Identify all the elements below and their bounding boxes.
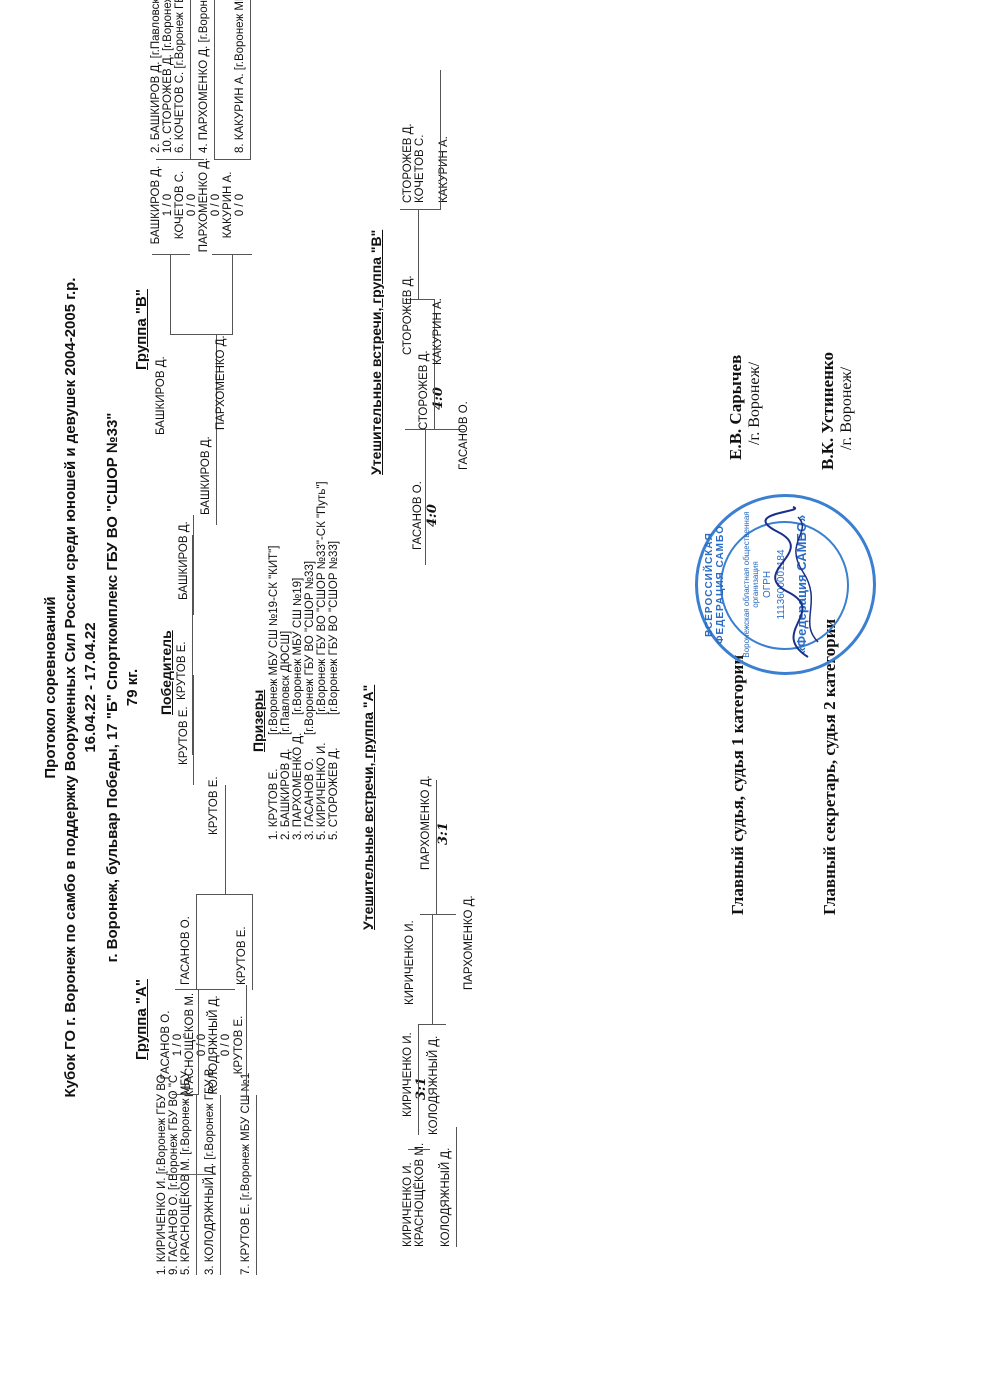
- cons-b-r1: СТОРОЖЕВ Д.: [402, 123, 414, 203]
- cons-b-r1: КОЧЕТОВ С.: [414, 135, 426, 203]
- winner-label: Победитель: [158, 630, 174, 715]
- prize-place: 3. ГАСАНОВ О.: [304, 758, 316, 840]
- cons-a-score: 3:1: [436, 822, 451, 845]
- round2-winner: КРУТОВ Е.: [236, 926, 248, 985]
- prize-club: [г.Воронеж МБУ СШ №19]: [292, 578, 304, 715]
- prize-club: [г.Воронеж МБУ СШ №19-СК "КИТ"]: [268, 546, 280, 735]
- match-loser: КАКУРИН А.: [222, 160, 234, 250]
- entrant: 10. СТОРОЖЕВ Д. [г.Воронеж ГБУ ВО: [162, 0, 174, 153]
- match-loser: КОЧЕТОВ С.: [174, 160, 186, 250]
- prize-club: [г.Воронеж ГБУ ВО "СШОР №33]: [304, 561, 316, 735]
- cons-a-winner: ПАРХОМЕНКО Д.: [420, 775, 432, 870]
- match-score: 1 / 0: [172, 1000, 184, 1090]
- prize-place: 5. СТОРОЖЕВ Д.: [328, 748, 340, 840]
- cons-b-winner: ГАСАНОВ О.: [412, 481, 424, 550]
- protocol-page: Протокол соревнований Кубок ГО г. Вороне…: [0, 0, 1000, 1375]
- cons-entrant-bye: КОЛОДЯЖНЫЙ Д.: [440, 1148, 452, 1247]
- prize-club: [г.Павловск ДЮСШ]: [280, 631, 292, 735]
- cons-entrant: КРАСНОЩЁКОВ М.: [414, 1143, 426, 1247]
- doc-dates: 16.04.22 - 17.04.22: [82, 0, 99, 1375]
- cons-b-r3: СТОРОЖЕВ Д.: [418, 350, 430, 430]
- match-winner: ПАРХОМЕНКО Д.: [198, 150, 210, 260]
- prizewinners-label: Призеры: [250, 690, 266, 752]
- chief-judge-city: /г. Воронеж/: [746, 362, 764, 445]
- entrant: 6. КОЧЕТОВ С. [г.Воронеж ГБУ ВО "С: [174, 0, 186, 153]
- prize-place: 1. КРУТОВ Е.: [268, 769, 280, 840]
- round2-winner: ПАРХОМЕНКО Д.: [215, 335, 227, 430]
- doc-venue: г. Воронеж, бульвар Победы, 17 "Б" Спорт…: [104, 0, 121, 1375]
- entrant: 8. КАКУРИН А. [г.Воронеж МБУ СШ №: [234, 0, 246, 153]
- final-left: КРУТОВ Е.: [178, 706, 190, 765]
- consolation-b-label: Утешительные встречи, группа "В": [368, 230, 384, 475]
- cons-b-winner-score: 4:0: [425, 504, 440, 527]
- entrant: 4. ПАРХОМЕНКО Д. [г.Воронеж МБУ С: [198, 0, 210, 153]
- final-right: БАШКИРОВ Д.: [178, 521, 190, 600]
- cons-r2: КИРИЧЕНКО И.: [402, 1032, 414, 1117]
- group-a-final: КРУТОВ Е.: [208, 776, 220, 835]
- cons-r3: ПАРХОМЕНКО Д.: [463, 895, 475, 990]
- entrant: 2. БАШКИРОВ Д. [г.Павловск ДЮСШ]: [150, 0, 162, 153]
- winner-name: КРУТОВ Е.: [176, 641, 188, 700]
- cons-b-r2: СТОРОЖЕВ Д.: [402, 275, 414, 355]
- entrant: 7. КРУТОВ Е. [г.Воронеж МБУ СШ №1: [240, 1073, 252, 1275]
- prize-place: 5. КИРИЧЕНКО И.: [316, 743, 328, 841]
- match-loser: КРАСНОЩЁКОВ М.: [184, 990, 196, 1100]
- round2-winner: БАШКИРОВ Д.: [155, 356, 167, 435]
- doc-title: Протокол соревнований: [42, 0, 59, 1375]
- consolation-a-label: Утешительные встречи, группа "А": [360, 685, 376, 930]
- match-score: 1 / 0: [162, 160, 174, 250]
- cons-r2: КОЛОДЯЖНЫЙ Д.: [428, 1036, 440, 1135]
- match-score: 0 / 0: [210, 160, 222, 250]
- signature-scribble-icon: [748, 502, 838, 662]
- match-score: 0 / 0: [186, 160, 198, 250]
- doc-weight: 79 кг.: [124, 0, 141, 1375]
- prize-club: [г.Воронеж ГБУ ВО "СШОР №33"-СК "Путь"]: [316, 481, 328, 715]
- cons-r2-score: 3:1: [414, 1077, 429, 1100]
- match-loser: КРУТОВ Е.: [233, 1000, 245, 1090]
- match-winner: КОЛОДЯЖНЫЙ Д.: [208, 990, 220, 1100]
- official-stamp: ВСЕРОССИЙСКАЯ ФЕДЕРАЦИЯ САМБО Воронежска…: [695, 494, 876, 675]
- prize-club: [г.Воронеж ГБУ ВО "СШОР №33]: [328, 541, 340, 715]
- match-winner: ГАСАНОВ О.: [160, 1000, 172, 1090]
- round2-b-final: БАШКИРОВ Д.: [200, 436, 212, 515]
- match-score: 0 / 0: [220, 1000, 232, 1090]
- chief-secretary-name: В.К. Устиненко: [818, 352, 838, 470]
- prize-place: 2. БАШКИРОВ Д.: [280, 749, 292, 840]
- stamp-outer-text: ВСЕРОССИЙСКАЯ ФЕДЕРАЦИЯ САМБО: [704, 497, 726, 672]
- cons-entrant: КИРИЧЕНКО И.: [402, 1162, 414, 1247]
- cons-r3: КИРИЧЕНКО И.: [404, 920, 416, 1005]
- chief-secretary-city: /г. Воронеж/: [838, 367, 856, 450]
- round2-winner: ГАСАНОВ О.: [180, 916, 192, 985]
- group-a-label: Группа "А": [133, 979, 150, 1060]
- prize-place: 3. ПАРХОМЕНКО Д.: [292, 733, 304, 840]
- cons-b-r3: ГАСАНОВ О.: [458, 401, 470, 470]
- match-score: 0 / 0: [234, 160, 246, 250]
- match-winner: БАШКИРОВ Д.: [150, 160, 162, 250]
- doc-subtitle: Кубок ГО г. Воронеж по самбо в поддержку…: [62, 0, 79, 1375]
- chief-judge-name: Е.В. Сарычев: [726, 355, 746, 460]
- group-b-label: Группа "В": [133, 289, 150, 370]
- cons-b-r2: КАКУРИН А.: [432, 298, 444, 365]
- chief-judge-role: Главный судья, судья 1 категории: [728, 655, 748, 915]
